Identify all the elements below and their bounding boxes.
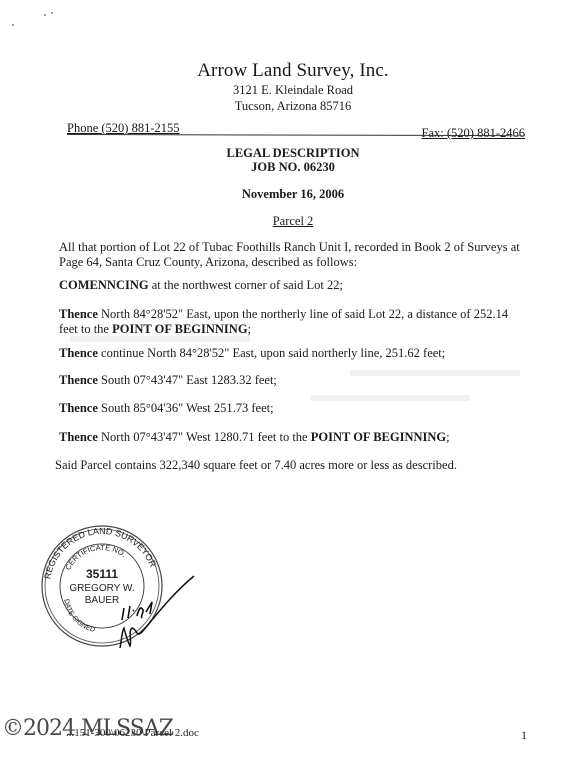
call-keyword: Thence (59, 373, 98, 387)
company-name: Arrow Land Survey, Inc. (0, 60, 586, 82)
call-text: continue North 84°28'52" East, upon said… (98, 346, 445, 360)
parcel-summary: Said Parcel contains 322,340 square feet… (55, 458, 525, 473)
commencing-paragraph: COMENNCING at the northwest corner of sa… (59, 278, 529, 293)
scan-speck (44, 14, 46, 16)
point-of-beginning: POINT OF BEGINNING (112, 322, 247, 336)
address-line-2: Tucson, Arizona 85716 (0, 99, 586, 114)
surveyor-seal: REGISTERED LAND SURVEYOR CERTIFICATE NO.… (36, 520, 176, 660)
call-keyword: Thence (59, 307, 98, 321)
parcel-label: Parcel 2 (0, 214, 586, 229)
commencing-keyword: COMENNCING (59, 278, 149, 292)
call-paragraph: Thence continue North 84°28'52" East, up… (59, 346, 529, 361)
commencing-text: at the northwest corner of said Lot 22; (149, 278, 343, 292)
surveyor-name-line-2: BAUER (85, 595, 119, 606)
intro-paragraph: All that portion of Lot 22 of Tubac Foot… (59, 240, 529, 269)
call-text: South 07°43'47" East 1283.32 feet; (98, 373, 277, 387)
call-tail: ; (446, 430, 449, 444)
seal-stamp-icon: REGISTERED LAND SURVEYOR CERTIFICATE NO.… (36, 520, 196, 660)
fax-number: Fax: (520) 881-2466 (422, 126, 525, 141)
scan-speck (12, 24, 14, 26)
call-keyword: Thence (59, 346, 98, 360)
call-text: North 07°43'47" West 1280.71 feet to the (98, 430, 311, 444)
call-keyword: Thence (59, 430, 98, 444)
scan-speck (51, 12, 53, 14)
call-paragraph: Thence South 85°04'36" West 251.73 feet; (59, 401, 529, 416)
point-of-beginning: POINT OF BEGINNING (311, 430, 446, 444)
bleed-through-text (70, 336, 250, 342)
call-tail: ; (248, 322, 251, 336)
call-paragraph: Thence South 07°43'47" East 1283.32 feet… (59, 373, 529, 388)
surveyor-name-line-1: GREGORY W. (69, 583, 134, 594)
mls-watermark: ©2024 MLSSAZ (2, 716, 173, 741)
handwritten-date-icon (122, 602, 152, 620)
call-keyword: Thence (59, 401, 98, 415)
call-paragraph: Thence North 84°28'52" East, upon the no… (59, 307, 529, 336)
document-title: LEGAL DESCRIPTION (0, 146, 586, 161)
call-paragraph: Thence North 07°43'47" West 1280.71 feet… (59, 430, 529, 445)
job-number: JOB NO. 06230 (0, 160, 586, 175)
address-line-1: 3121 E. Kleindale Road (0, 83, 586, 98)
call-text: South 85°04'36" West 251.73 feet; (98, 401, 274, 415)
page-number: 1 (521, 728, 527, 743)
document-date: November 16, 2006 (0, 187, 586, 202)
certificate-number: 35111 (86, 567, 118, 581)
